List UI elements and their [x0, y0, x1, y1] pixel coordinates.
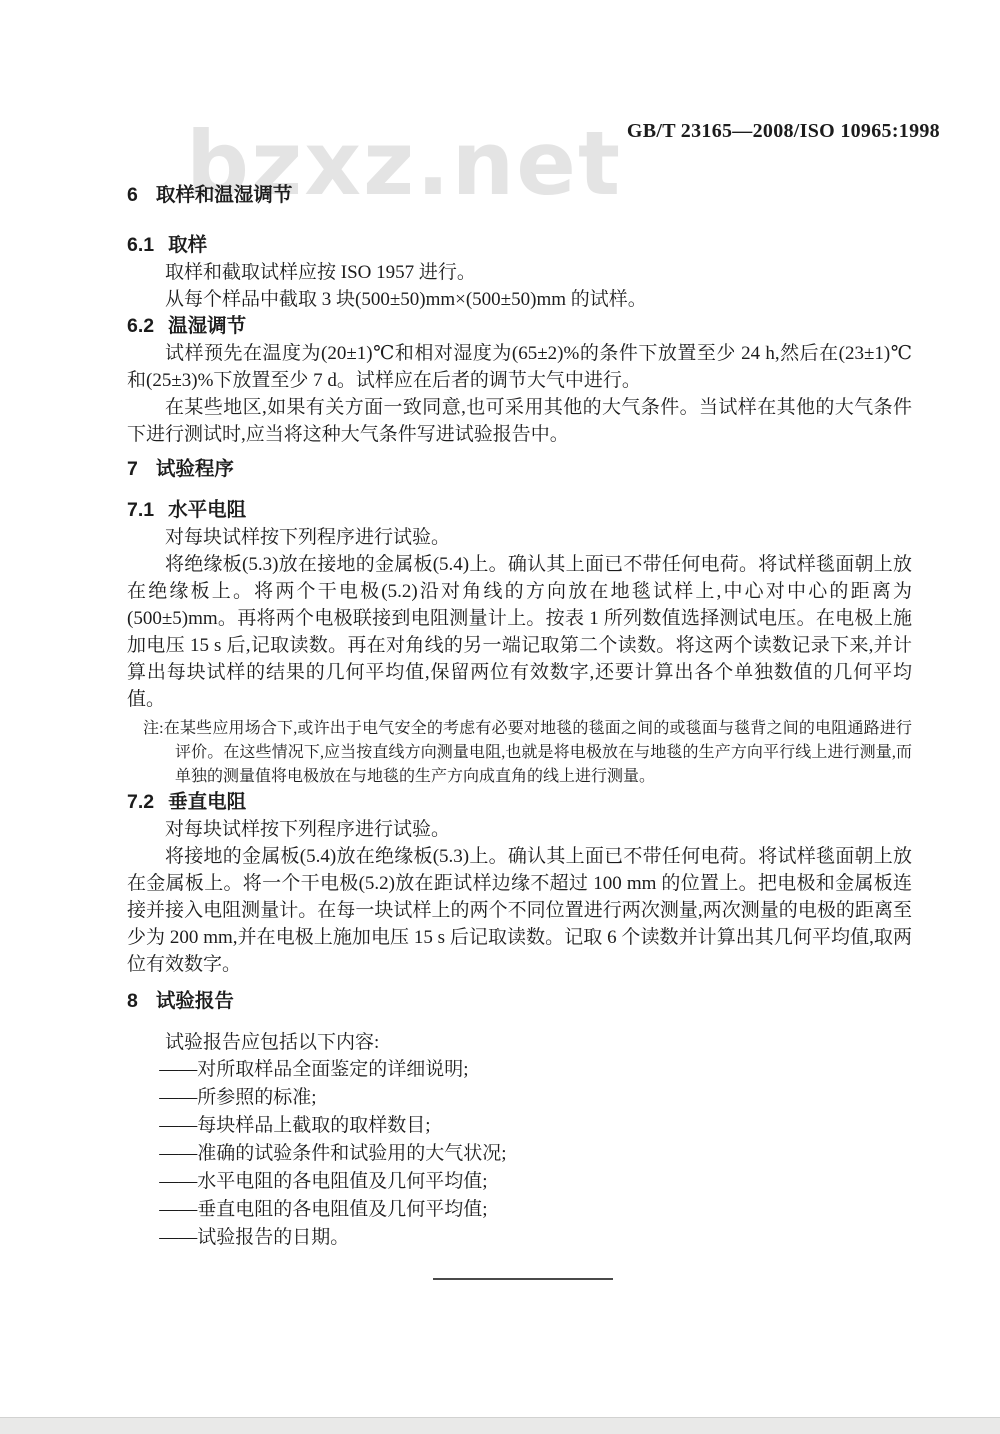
- scan-bottom-edge: [0, 1417, 1000, 1434]
- report-item: ——试验报告的日期。: [159, 1224, 912, 1252]
- section-6-2-heading: 6.2温湿调节: [127, 313, 912, 340]
- section-7-2-number: 7.2: [127, 791, 154, 813]
- paragraph-6-1-b: 从每个样品中截取 3 块(500±50)mm×(500±50)mm 的试样。: [127, 286, 912, 313]
- section-8-title: 试验报告: [156, 990, 234, 1012]
- paragraph-6-1-a: 取样和截取试样应按 ISO 1957 进行。: [127, 259, 912, 286]
- paragraph-7-2-b: 将接地的金属板(5.4)放在绝缘板(5.3)上。确认其上面已不带任何电荷。将试样…: [127, 843, 912, 978]
- section-6-1-heading: 6.1取样: [127, 232, 912, 259]
- section-7-heading: 7试验程序: [127, 456, 912, 483]
- paragraph-6-2-a: 试样预先在温度为(20±1)℃和相对湿度为(65±2)%的条件下放置至少 24 …: [127, 340, 912, 394]
- paragraph-6-2-b: 在某些地区,如果有关方面一致同意,也可采用其他的大气条件。当试样在其他的大气条件…: [127, 394, 912, 448]
- note-7-1: 注:在某些应用场合下,或许出于电气安全的考虑有必要对地毯的毯面之间的或毯面与毯背…: [127, 717, 912, 789]
- report-item: ——准确的试验条件和试验用的大气状况;: [159, 1140, 912, 1168]
- section-6-1-title: 取样: [168, 234, 207, 256]
- section-7-1-number: 7.1: [127, 499, 154, 521]
- section-6-title: 取样和温湿调节: [156, 184, 293, 206]
- section-7-2-title: 垂直电阻: [168, 791, 246, 813]
- section-7-1-title: 水平电阻: [168, 499, 246, 521]
- report-item: ——每块样品上截取的取样数目;: [159, 1112, 912, 1140]
- document-page: bzxz.net GB/T 23165—2008/ISO 10965:1998 …: [0, 0, 1000, 1434]
- report-item: ——垂直电阻的各电阻值及几何平均值;: [159, 1196, 912, 1224]
- section-6-1-number: 6.1: [127, 234, 154, 256]
- section-7-title: 试验程序: [156, 458, 234, 480]
- section-6-number: 6: [127, 184, 138, 206]
- report-item: ——所参照的标准;: [159, 1084, 912, 1112]
- standard-reference: GB/T 23165—2008/ISO 10965:1998: [627, 120, 940, 143]
- end-of-document-rule: [433, 1278, 613, 1280]
- section-7-1-heading: 7.1水平电阻: [127, 497, 912, 524]
- report-intro: 试验报告应包括以下内容:: [127, 1029, 912, 1056]
- paragraph-7-1-a: 对每块试样按下列程序进行试验。: [127, 524, 912, 551]
- section-8-number: 8: [127, 990, 138, 1012]
- section-6-heading: 6取样和温湿调节: [127, 182, 912, 209]
- section-7-2-heading: 7.2垂直电阻: [127, 789, 912, 816]
- report-item: ——水平电阻的各电阻值及几何平均值;: [159, 1168, 912, 1196]
- section-6-2-title: 温湿调节: [168, 315, 246, 337]
- report-item: ——对所取样品全面鉴定的详细说明;: [159, 1056, 912, 1084]
- paragraph-7-1-b: 将绝缘板(5.3)放在接地的金属板(5.4)上。确认其上面已不带任何电荷。将试样…: [127, 551, 912, 713]
- section-8-heading: 8试验报告: [127, 988, 912, 1015]
- page-content: 6取样和温湿调节 6.1取样 取样和截取试样应按 ISO 1957 进行。 从每…: [127, 0, 912, 1280]
- section-6-2-number: 6.2: [127, 315, 154, 337]
- paragraph-7-2-a: 对每块试样按下列程序进行试验。: [127, 816, 912, 843]
- section-7-number: 7: [127, 458, 138, 480]
- report-item-list: ——对所取样品全面鉴定的详细说明; ——所参照的标准; ——每块样品上截取的取样…: [127, 1056, 912, 1252]
